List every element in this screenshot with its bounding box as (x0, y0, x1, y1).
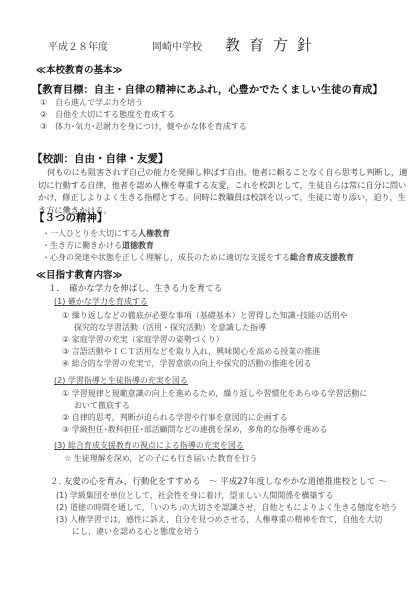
section-heading-basic: ≪本校教育の基本≫ (36, 62, 122, 76)
spirit-item-2: ・生き方に働きかける道徳教育 (42, 240, 154, 251)
item-text: 自律的思考，判断が迫られる学習や行事を意図的に企画する (72, 413, 288, 422)
star-icon: ☆ (64, 454, 71, 463)
goal-item-num: ③ (40, 122, 47, 131)
sub1-item-2: ② 家庭学習の充実（家庭学習の姿勢づくり） (62, 334, 224, 345)
school-name: 岡崎中学校 (152, 38, 202, 53)
subsection-1-3-title: (3) 総合育成支援教育の視点による指導の充実を図る (54, 440, 244, 451)
item-num: ② (62, 335, 69, 344)
goal-item-num: ① (40, 98, 47, 107)
spirit-keyword: 人権教育 (138, 229, 170, 238)
item-num: ① (62, 311, 69, 320)
goal-item-2: ② 自他を大切にする態度を育成する (40, 109, 175, 120)
item-num: ① (62, 389, 69, 398)
goal-item-text: 自ら進んで学ぶ力を培う (55, 98, 143, 107)
sec2-item-3-cont: にし，違いを認める心と態度を培う (72, 526, 200, 537)
item-num: ③ (62, 347, 69, 356)
sub3-item-1: ☆ 生徒理解を深め，どの子にも行き届いた教育を行う (64, 453, 257, 464)
item-num: (3) (56, 515, 67, 524)
item-num: ② (62, 413, 69, 422)
section-1-title: １． 確かな学力を伸ばし，生きる力を育てる (48, 284, 222, 295)
education-goal-title: 【教育目標：自主・自律の精神にあふれ，心豊かでたくましい生徒の育成】 (32, 81, 383, 96)
item-text: 学級担任･教科担任･部活顧問などの連携を深め，多角的な指導を進める (72, 425, 328, 434)
item-text: 学習規律と規範意識の向上を進めるため，繰り返しや習慣化をあらゆる学習活動に (72, 389, 368, 398)
item-num: (1) (56, 491, 67, 500)
item-text: 家庭学習の充実（家庭学習の姿勢づくり） (72, 335, 224, 344)
goal-item-3: ③ 体力･気力･忍耐力を身につけ，健やかな体を育成する (40, 121, 247, 132)
item-text: 生徒理解を深め，どの子にも行き届いた教育を行う (74, 454, 258, 463)
sub1-item-1: ① 繰り返しなどの徹底が必要な事項（基礎基本）と習得した知識･技能の活用や (62, 310, 348, 321)
sub2-item-1-cont: おいて徹底する (74, 400, 130, 411)
spirit-item-3: ・心身の発達や状態を正しく理解し，成長のために適切な支援をする総合育成支援教育 (42, 252, 354, 263)
sub1-item-4: ④ 総合的な学習の充実で，学習意欲の向上や探究的活動の推進を図る (62, 358, 312, 369)
item-text: 学級集団を単位として，社会性を身に着け，望ましい人間関係を構築する (70, 491, 334, 500)
item-text: 道徳の時間を通して，｢いのち｣の大切さを認識させ，自他ともによりよく生きる態度を… (70, 503, 398, 512)
sub2-item-1: ① 学習規律と規範意識の向上を進めるため，繰り返しや習慣化をあらゆる学習活動に (62, 388, 367, 399)
item-num: ④ (62, 359, 69, 368)
spirit-keyword: 総合育成支援教育 (290, 253, 354, 262)
sec2-item-2: (2) 道徳の時間を通して，｢いのち｣の大切さを認識させ，自他ともによりよく生き… (56, 502, 398, 513)
goal-item-num: ② (40, 110, 47, 119)
sec2-item-3: (3) 人権学習では，感性に訴え，自分を見つめさせる，人権尊重の精神を育て，自他… (56, 514, 382, 525)
item-text: 総合的な学習の充実で，学習意欲の向上や探究的活動の推進を図る (72, 359, 312, 368)
sec2-item-1: (1) 学級集団を単位として，社会性を身に着け，望ましい人間関係を構築する (56, 490, 333, 501)
subsection-1-2-title: (2) 学習指導と生徒指導の充実を図る (54, 375, 188, 386)
sub1-item-3: ③ 言語活動やＩＣＴ活用などを取り入れ，興味関心を高める授業の推進 (62, 346, 320, 357)
item-num: (2) (56, 503, 67, 512)
sub1-item-1-cont: 探究的な学習活動（活用・探究活動）を意識した指導 (74, 322, 266, 333)
sub2-item-3: ③ 学級担任･教科担任･部活顧問などの連携を深め，多角的な指導を進める (62, 424, 327, 435)
three-spirits-title: 【３つの精神】 (34, 210, 108, 225)
spirit-keyword: 道徳教育 (122, 241, 154, 250)
goal-item-text: 自他を大切にする態度を育成する (55, 110, 175, 119)
item-num: ③ (62, 425, 69, 434)
school-motto-paragraph: 何ものにも阻害されず自己の能力を発揮し伸ばす自由。他者に頼ることなく自ら思考し判… (38, 166, 408, 216)
spirit-text: ・生き方に働きかける (42, 241, 122, 250)
item-text: 言語活動やＩＣＴ活用などを取り入れ，興味関心を高める授業の推進 (72, 347, 320, 356)
spirit-item-1: ・一人ひとりを大切にする人権教育 (42, 228, 170, 239)
page-title: 教育方針 (225, 34, 321, 55)
section-2-title: ２. 友愛の心を育み，行動化をすすめる ～ 平成27年度しなやかな道徳推進校とし… (50, 477, 387, 488)
goal-item-text: 体力･気力･忍耐力を身につけ，健やかな体を育成する (55, 122, 247, 131)
sub2-item-2: ② 自律的思考，判断が迫られる学習や行事を意図的に企画する (62, 412, 288, 423)
spirit-text: ・一人ひとりを大切にする (42, 229, 138, 238)
spirit-text: ・心身の発達や状態を正しく理解し，成長のために適切な支援をする (42, 253, 290, 262)
subsection-1-1-title: (1) 確かな学力を育成する (54, 296, 148, 307)
item-text: 人権学習では，感性に訴え，自分を見つめさせる，人権尊重の精神を育て，自他を大切 (70, 515, 382, 524)
goal-item-1: ① 自ら進んで学ぶ力を培う (40, 97, 143, 108)
item-text: 繰り返しなどの徹底が必要な事項（基礎基本）と習得した知識･技能の活用や (72, 311, 348, 320)
section-heading-content: ≪目指す教育内容≫ (36, 267, 122, 281)
school-motto-title: 【校訓：自由・自律・友愛】 (32, 151, 169, 166)
fiscal-year: 平成２８年度 (48, 38, 108, 53)
